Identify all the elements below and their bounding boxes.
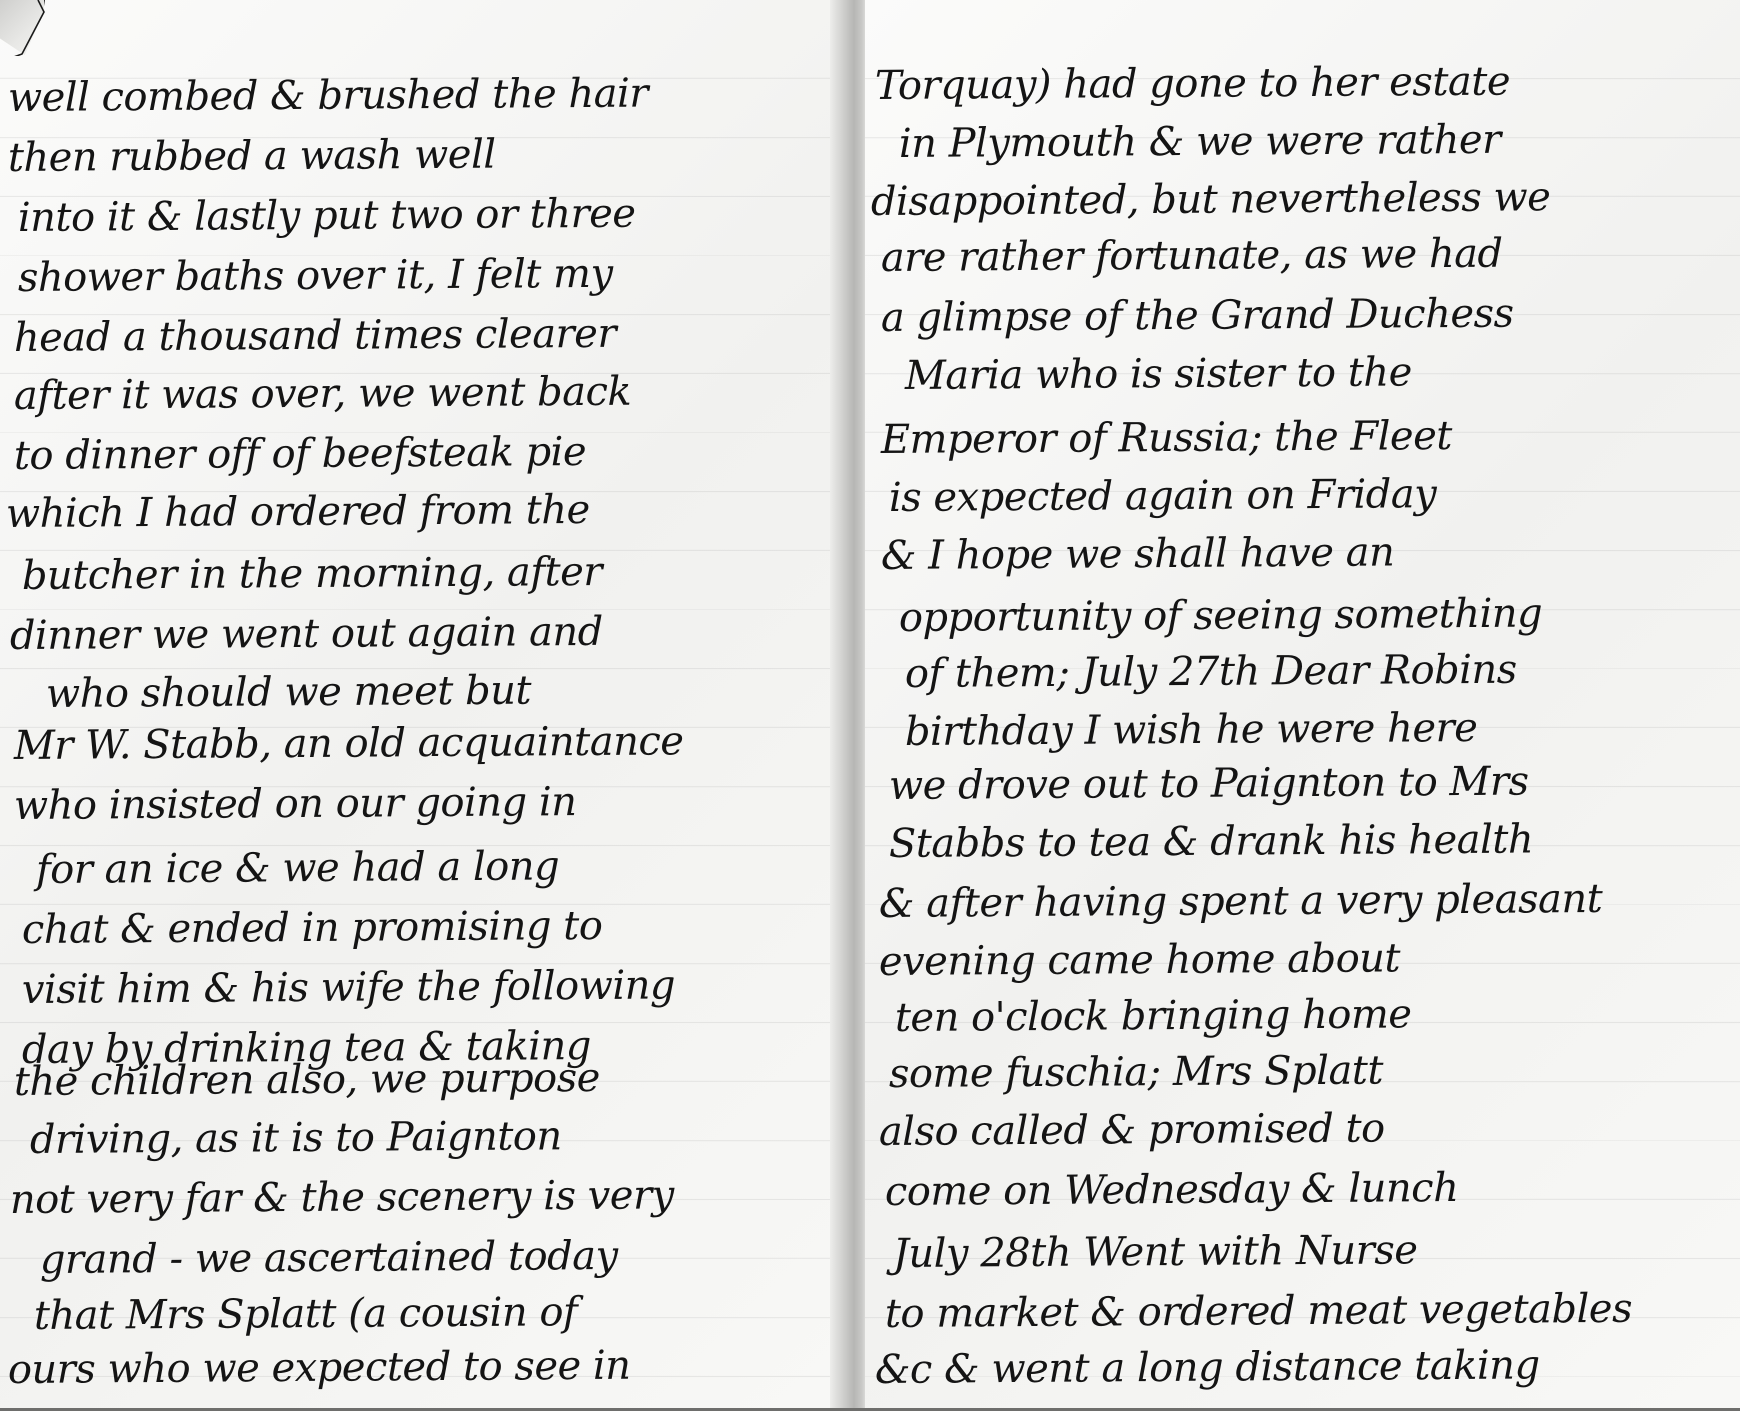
handwritten-line: we drove out to Paignton to Mrs xyxy=(889,762,1529,806)
handwritten-line: some fuschia; Mrs Splatt xyxy=(889,1051,1383,1094)
handwritten-line: to dinner off of beefsteak pie xyxy=(14,432,586,476)
book-gutter xyxy=(830,0,870,1411)
handwritten-line: ten o'clock bringing home xyxy=(895,994,1412,1038)
handwritten-line: the children also, we purpose xyxy=(14,1058,600,1102)
handwritten-line: opportunity of seeing something xyxy=(899,594,1543,638)
handwritten-line: Torquay) had gone to her estate xyxy=(875,62,1510,106)
handwritten-line: who should we meet but xyxy=(46,671,531,714)
handwritten-line: & after having spent a very pleasant xyxy=(879,879,1603,924)
handwritten-line: is expected again on Friday xyxy=(889,474,1437,518)
handwritten-line: Mr W. Stabb, an old acquaintance xyxy=(14,721,684,766)
handwritten-line: to market & ordered meat vegetables xyxy=(885,1289,1632,1334)
left-page-text: well combed & brushed the hair then rubb… xyxy=(0,0,850,1411)
right-page-text: Torquay) had gone to her estate in Plymo… xyxy=(865,0,1740,1411)
handwritten-line: Maria who is sister to the xyxy=(905,352,1412,396)
handwritten-line: grand - we ascertained today xyxy=(40,1236,618,1280)
handwritten-line: well combed & brushed the hair xyxy=(8,74,648,118)
handwritten-line: after it was over, we went back xyxy=(14,372,632,416)
diary-spread: well combed & brushed the hair then rubb… xyxy=(0,0,1740,1411)
handwritten-line: disappointed, but nevertheless we xyxy=(871,177,1551,222)
folded-corner-outline xyxy=(0,0,46,56)
handwritten-line: dinner we went out again and xyxy=(10,612,603,656)
handwritten-line: shower baths over it, I felt my xyxy=(18,254,613,298)
handwritten-line: are rather fortunate, as we had xyxy=(881,234,1503,278)
right-page: Torquay) had gone to her estate in Plymo… xyxy=(865,0,1740,1411)
handwritten-line: a glimpse of the Grand Duchess xyxy=(881,294,1514,338)
handwritten-line: who insisted on our going in xyxy=(14,782,577,826)
handwritten-line: birthday I wish he were here xyxy=(905,708,1478,752)
handwritten-line: visit him & his wife the following xyxy=(22,965,675,1010)
handwritten-line: of them; July 27th Dear Robins xyxy=(905,650,1517,694)
handwritten-line: for an ice & we had a long xyxy=(36,846,560,890)
handwritten-line: July 28th Went with Nurse xyxy=(893,1230,1418,1274)
handwritten-line: & I hope we shall have an xyxy=(881,532,1395,576)
handwritten-line: head a thousand times clearer xyxy=(14,314,616,358)
handwritten-line: chat & ended in promising to xyxy=(22,906,603,950)
handwritten-line: Stabbs to tea & drank his health xyxy=(889,820,1534,864)
handwritten-line: in Plymouth & we were rather xyxy=(899,120,1501,164)
handwritten-line: Emperor of Russia; the Fleet xyxy=(881,416,1452,460)
handwritten-line: driving, as it is to Paignton xyxy=(30,1116,562,1160)
handwritten-line: into it & lastly put two or three xyxy=(18,194,636,238)
handwritten-line: evening came home about xyxy=(879,938,1400,982)
handwritten-line: ours who we expected to see in xyxy=(8,1346,631,1390)
handwritten-line: which I had ordered from the xyxy=(6,490,590,534)
handwritten-line: &c & went a long distance taking xyxy=(875,1345,1540,1390)
handwritten-line: butcher in the morning, after xyxy=(22,552,602,596)
handwritten-line: come on Wednesday & lunch xyxy=(885,1168,1459,1212)
left-page: well combed & brushed the hair then rubb… xyxy=(0,0,850,1411)
handwritten-line: also called & promised to xyxy=(879,1108,1385,1152)
handwritten-line: not very far & the scenery is very xyxy=(10,1175,674,1220)
handwritten-line: that Mrs Splatt (a cousin of xyxy=(34,1292,578,1336)
handwritten-line: then rubbed a wash well xyxy=(8,135,496,178)
